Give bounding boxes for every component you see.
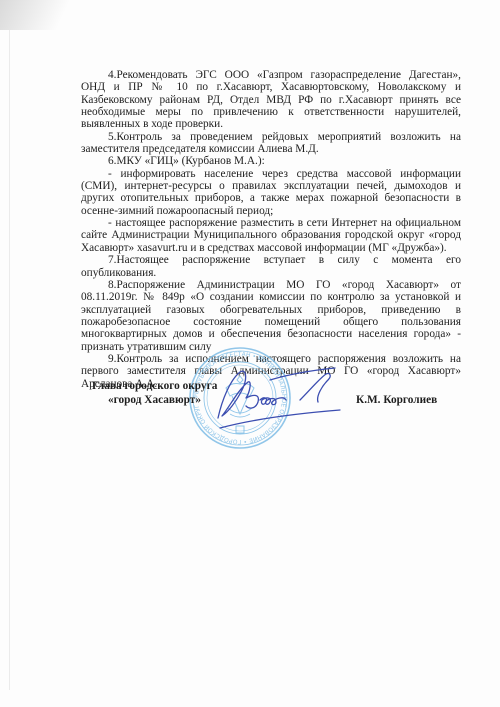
signatory-name: К.М. Корголиев [356, 394, 437, 407]
paragraph-6: 6.МКУ «ГИЦ» (Курбанов М.А.): [81, 155, 461, 167]
paragraph-4: 4.Рекомендовать ЭГС ООО «Газпром газорас… [81, 69, 461, 131]
signatory-position-line1: Глава городского округа [92, 380, 217, 393]
paragraph-5: 5.Контроль за проведением рейдовых мероп… [81, 131, 461, 156]
paragraph-7: 7.Настоящее распоряжение вступает в силу… [81, 254, 461, 279]
scan-edge [9, 30, 10, 690]
signatory-position-line2: «город Хасавюрт» [108, 394, 201, 407]
document-body: 4.Рекомендовать ЭГС ООО «Газпром газорас… [81, 69, 461, 390]
paragraph-8: 8.Распоряжение Администрации МО ГО «горо… [81, 279, 461, 353]
scan-shadow [0, 0, 80, 30]
paragraph-6-item-1: - информировать население через средства… [81, 168, 461, 217]
handwritten-signature [200, 360, 350, 440]
paragraph-6-item-2: - настоящее распоряжение разместить в се… [81, 217, 461, 254]
